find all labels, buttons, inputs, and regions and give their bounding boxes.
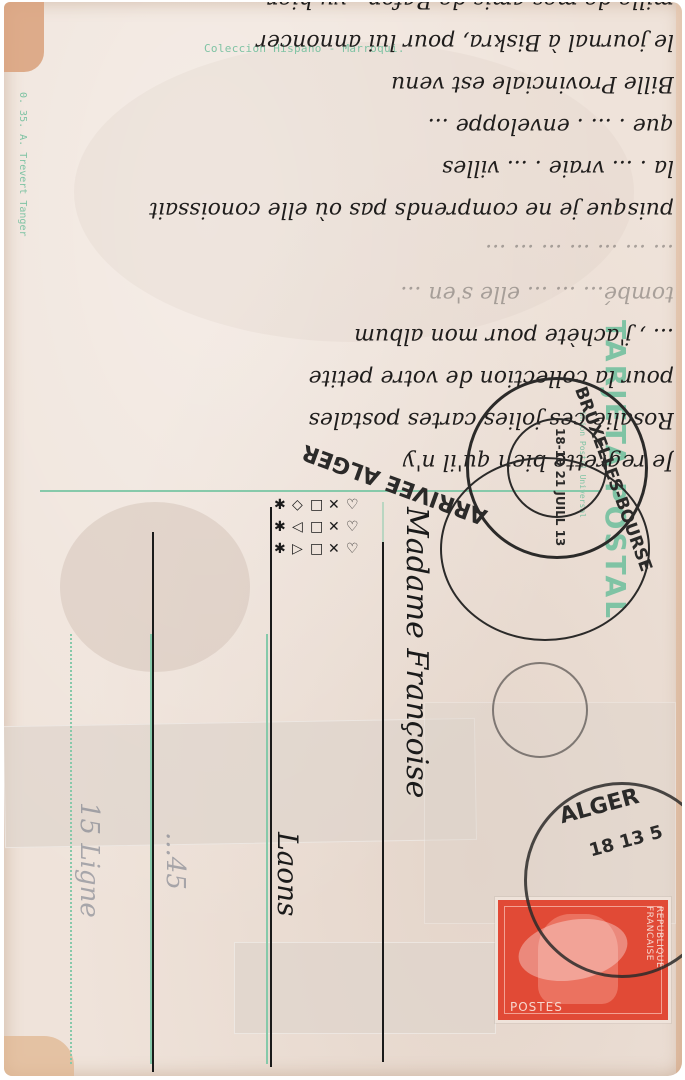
symbol-glyph: ✕ [328,541,346,563]
handdrawn-ink-line [152,532,154,1072]
symbol-glyph: ♡ [346,541,364,563]
symbol-glyph: ▷ [292,541,310,563]
address-guide-dotted [70,634,72,1064]
symbol-glyph: ✱ [274,497,292,519]
symbol-glyph: ✱ [274,519,292,541]
symbol-glyph: ✕ [328,497,346,519]
tape-residue [234,942,496,1034]
symbol-glyph: □ [310,519,328,541]
message-line: le journal à Biskra, pour lui annoncer [24,20,674,62]
address-guide-line [266,634,268,1064]
message-line: que . ... . enveloppe ... [24,104,674,146]
symbol-glyph: ✕ [328,519,346,541]
glue-stain [60,502,250,672]
alger-arrivee-postmark: ARRIVEE ALGER [440,457,650,641]
postmark-date: 18 13 5 [587,822,665,862]
handdrawn-ink-line [270,507,272,1067]
message-line: Bille Provinciale est venu [24,62,674,104]
handdrawn-symbol-grid: ✱◇□✕♡✱◁□✕♡✱▷□✕♡ [274,497,364,563]
symbol-glyph: ◇ [292,497,310,519]
faint-round-postmark [492,662,588,758]
postcard-back: Coleccion Hispano - Marroqui. 0. 35. A. … [4,2,682,1076]
address-pencil-line: ...45 [160,832,190,890]
address-recipient: Madame Françoise [399,507,434,798]
message-line: mille de mes amis de Bafon . vu hier [24,2,674,20]
symbol-glyph: □ [310,541,328,563]
symbol-glyph: ✱ [274,541,292,563]
message-line: ... , j'achète pour mon album [24,314,674,356]
symbol-glyph: ♡ [346,497,364,519]
message-line: ... ... ... ... ... ... ... [24,230,674,272]
worn-corner-bottom-left [4,1036,74,1076]
message-line: la . ... vraie . ... villes [24,146,674,188]
address-city: Laons [271,832,304,917]
stamp-label: POSTES [510,1000,563,1014]
symbol-glyph: □ [310,497,328,519]
handdrawn-ink-line [382,542,384,1062]
symbol-glyph: ◁ [292,519,310,541]
symbol-glyph: ♡ [346,519,364,541]
message-line: puisque je ne comprends pas où elle cono… [24,188,674,230]
message-line: tombé... ... ... elle s'en ... [24,272,674,314]
address-pencil-line: 15 Ligne [74,802,104,918]
